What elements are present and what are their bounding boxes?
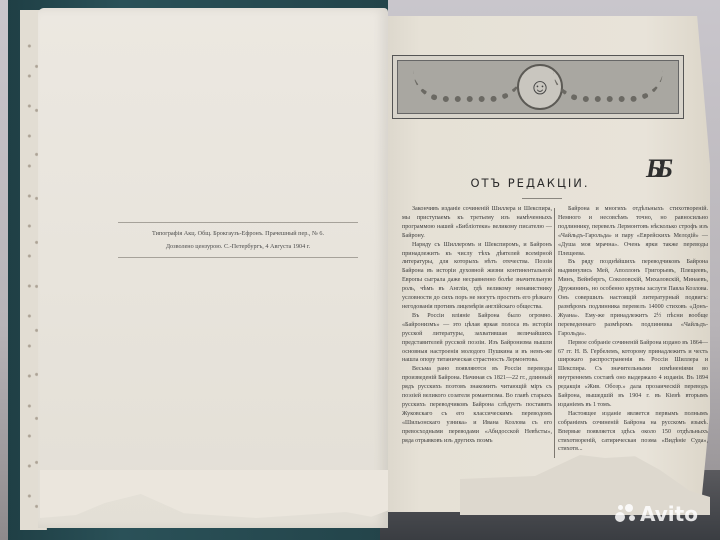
laurel-garland-icon (553, 70, 663, 102)
paragraph: Въ ряду позднѣйшихъ переводчиковъ Байрон… (558, 258, 708, 338)
title-rule (522, 198, 562, 199)
imprint-rule-bottom (118, 257, 358, 258)
paragraph: Первое собраніе сочиненій Байрона издано… (558, 339, 708, 410)
paragraph: Въ Россіи вліяніе Байрона было огромно. … (402, 312, 552, 365)
paragraph: Весьма рано появляются въ Россіи перевод… (402, 365, 552, 445)
book-photo: Типографія Акц. Общ. Брокгаузъ-Ефронъ. П… (0, 0, 720, 540)
imprint-rule-top (118, 222, 358, 223)
text-column-right: Байрона и многихъ отдѣльныхъ стихотворен… (558, 205, 708, 445)
paragraph: Настоящее изданіе является первымъ полны… (558, 410, 708, 455)
imprint-censorship: Дозволено цензурою. С.-Петербургъ, 4 Авг… (118, 243, 358, 250)
left-page (38, 8, 388, 528)
paragraph: Байрона и многихъ отдѣльныхъ стихотворен… (558, 205, 708, 258)
avito-logo-icon (615, 503, 637, 525)
watermark-label: Avito (640, 502, 698, 526)
engraved-headpiece: ☺ (392, 55, 684, 119)
paragraph: Наряду съ Шиллеромъ и Шекспиромъ, и Байр… (402, 241, 552, 312)
printer-imprint: Типографія Акц. Общ. Брокгаузъ-Ефронъ. П… (118, 222, 358, 258)
paragraph: Закончивъ изданіе сочиненій Шиллера и Ше… (402, 205, 552, 241)
column-divider (554, 208, 555, 458)
text-column-left: Закончивъ изданіе сочиненій Шиллера и Ше… (402, 205, 552, 487)
imprint-printer: Типографія Акц. Общ. Брокгаузъ-Ефронъ. П… (118, 230, 358, 237)
avito-watermark: Avito (615, 502, 698, 526)
page-title: ОТЪ РЕДАКЦІИ. (390, 176, 670, 190)
laurel-garland-icon (413, 70, 523, 102)
